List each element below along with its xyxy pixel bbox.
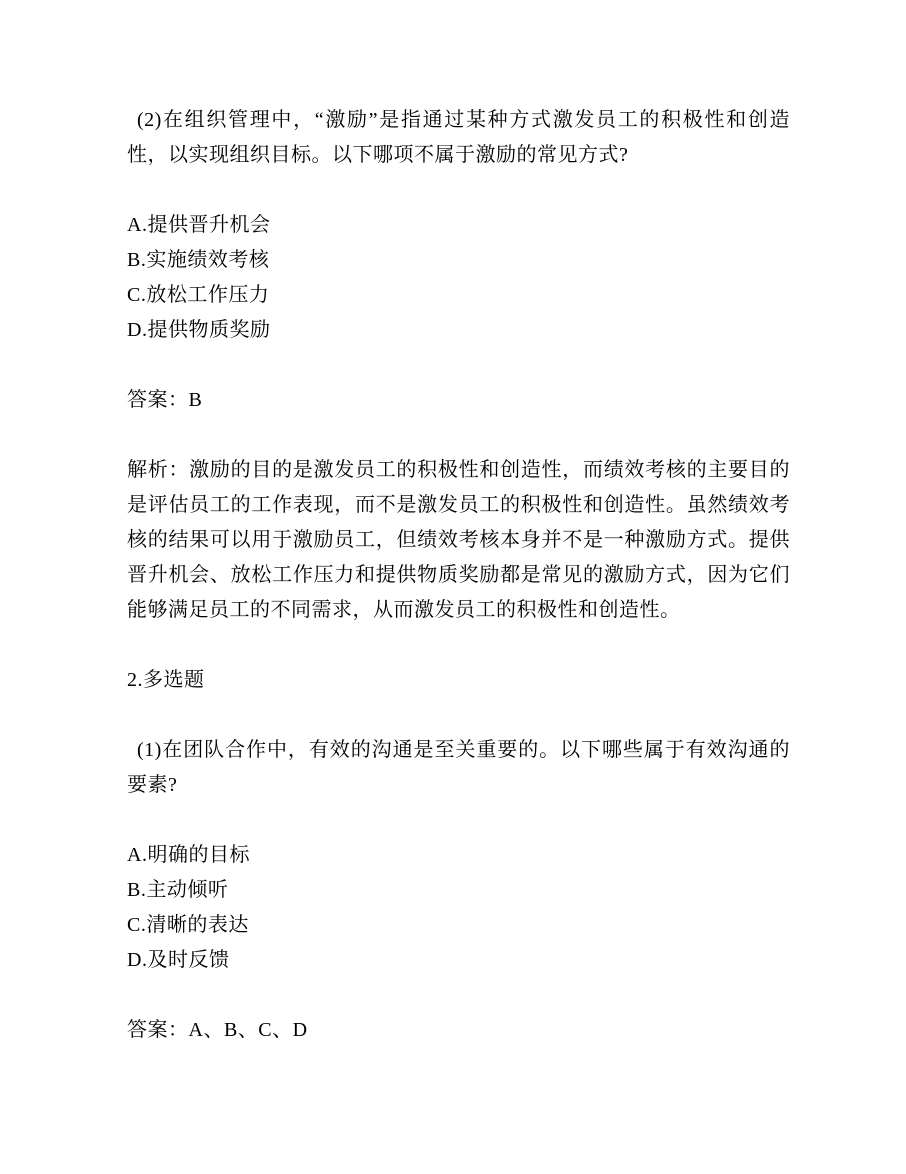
single-choice-analysis: 解析：激励的目的是激发员工的积极性和创造性，而绩效考核的主要目的是评估员工的工作… xyxy=(127,453,790,628)
single-choice-option-b: B.实施绩效考核 xyxy=(127,243,790,278)
single-choice-option-d: D.提供物质奖励 xyxy=(127,313,790,348)
single-choice-option-c: C.放松工作压力 xyxy=(127,278,790,313)
single-choice-question-text: (2)在组织管理中，“激励”是指通过某种方式激发员工的积极性和创造性，以实现组织… xyxy=(127,103,790,173)
single-choice-option-a: A.提供晋升机会 xyxy=(127,208,790,243)
multi-choice-option-a: A.明确的目标 xyxy=(127,838,790,873)
multi-choice-options: A.明确的目标 B.主动倾听 C.清晰的表达 D.及时反馈 xyxy=(127,838,790,978)
multi-choice-question-text: (1)在团队合作中，有效的沟通是至关重要的。以下哪些属于有效沟通的要素? xyxy=(127,733,790,803)
multi-choice-section-heading: 2.多选题 xyxy=(127,663,790,698)
multi-choice-answer: 答案：A、B、C、D xyxy=(127,1013,790,1048)
single-choice-answer: 答案：B xyxy=(127,383,790,418)
multi-choice-option-d: D.及时反馈 xyxy=(127,943,790,978)
single-choice-options: A.提供晋升机会 B.实施绩效考核 C.放松工作压力 D.提供物质奖励 xyxy=(127,208,790,348)
multi-choice-option-c: C.清晰的表达 xyxy=(127,908,790,943)
document-page: (2)在组织管理中，“激励”是指通过某种方式激发员工的积极性和创造性，以实现组织… xyxy=(0,0,906,1174)
multi-choice-option-b: B.主动倾听 xyxy=(127,873,790,908)
